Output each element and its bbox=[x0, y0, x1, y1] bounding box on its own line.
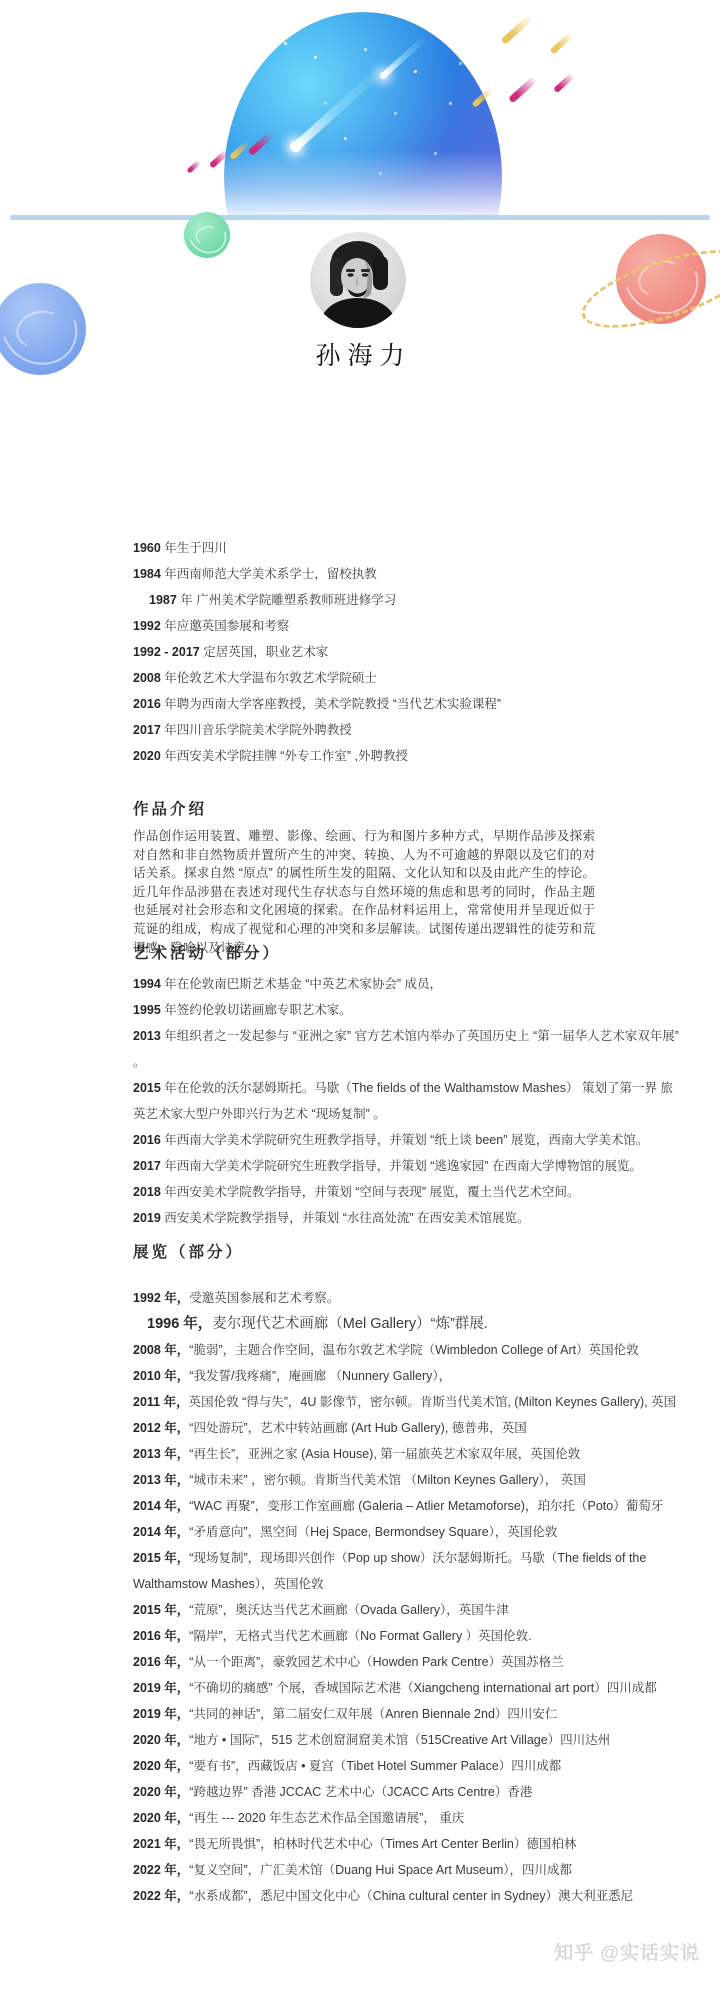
exhibition-item: 2008 年，“脆弱”，主题合作空间，温布尔敦艺术学院（Wimbledon Co… bbox=[133, 1337, 685, 1363]
timeline-item: 1987 年 广州美术学院雕塑系教师班进修学习 bbox=[133, 587, 685, 613]
works-paragraph: 作品创作运用装置、雕塑、影像、绘画、行为和图片多种方式，早期作品涉及探索对自然和… bbox=[133, 827, 595, 957]
activity-item: 1995 年签约伦敦切诺画廊专职艺术家。 bbox=[133, 997, 685, 1023]
exhibition-item: 2014 年，“WAC 再聚”，变形工作室画廊 (Galeria – Atlie… bbox=[133, 1493, 685, 1519]
timeline-item: 2020 年西安美术学院挂牌 “外专工作室” ,外聘教授 bbox=[133, 743, 685, 769]
exhibition-item: 2022 年，“水系成都”，悉尼中国文化中心（China cultural ce… bbox=[133, 1883, 685, 1909]
meteor-streak-icon bbox=[553, 73, 575, 94]
activity-item: 1994 年在伦敦南巴斯艺术基金 “中英艺术家协会” 成员， bbox=[133, 971, 685, 997]
exhibition-item: 2020 年，“要有书”，西藏饭店 • 夏宫（Tibet Hotel Summe… bbox=[133, 1753, 685, 1779]
timeline-item: 1984 年西南师范大学美术系学士，留校执教 bbox=[133, 561, 685, 587]
meteor-streak-icon bbox=[550, 31, 575, 54]
activities-list: 1994 年在伦敦南巴斯艺术基金 “中英艺术家协会” 成员，1995 年签约伦敦… bbox=[133, 971, 685, 1231]
exhibition-item: 2022 年，“复义空间”，广汇美术馆（Duang Hui Space Art … bbox=[133, 1857, 685, 1883]
artist-name: 孙海力 bbox=[0, 336, 720, 372]
exhibition-item: 1996 年，麦尔现代艺术画廊（Mel Gallery）“炼”群展. bbox=[133, 1311, 685, 1337]
timeline-item: 1992 年应邀英国参展和考察 bbox=[133, 613, 685, 639]
watermark: 知乎 @实话实说 bbox=[554, 1938, 700, 1965]
exhibition-item: 2015 年，“荒原”，奥沃达当代艺术画廊（Ovada Gallery），英国牛… bbox=[133, 1597, 685, 1623]
timeline-item: 2008 年伦敦艺术大学温布尔敦艺术学院硕士 bbox=[133, 665, 685, 691]
section-title-exhibitions: 展览（部分） bbox=[133, 1240, 244, 1262]
activity-item: 2013 年组织者之一发起参与 “亚洲之家” 官方艺术馆内举办了英国历史上 “第… bbox=[133, 1023, 685, 1075]
section-title-activities: 艺术活动（部分） bbox=[133, 941, 281, 963]
exhibition-item: 2016 年，“从一个距离”，豪敦园艺术中心（Howden Park Centr… bbox=[133, 1649, 685, 1675]
activity-item: 2018 年西安美术学院教学指导，并策划 “空间与表现” 展览，覆土当代艺术空间… bbox=[133, 1179, 685, 1205]
activity-item: 2016 年西南大学美术学院研究生班教学指导，并策划 “纸上谈 been” 展览… bbox=[133, 1127, 685, 1153]
exhibition-item: 2020 年，“再生 --- 2020 年生态艺术作品全国邀请展”， 重庆 bbox=[133, 1805, 685, 1831]
exhibition-item: 2016 年，“隔岸”，无格式当代艺术画廊（No Format Gallery … bbox=[133, 1623, 685, 1649]
meteor-streak-icon bbox=[186, 159, 201, 173]
exhibition-item: 2015 年，“现场复制”，现场即兴创作（Pop up show）沃尔瑟姆斯托。… bbox=[133, 1545, 685, 1597]
activity-item: 2019 西安美术学院教学指导，并策划 “水往高处流” 在西安美术馆展览。 bbox=[133, 1205, 685, 1231]
small-comet-head-icon bbox=[380, 72, 387, 79]
activity-item: 2015 年在伦敦的沃尔瑟姆斯托。马歇（The fields of the Wa… bbox=[133, 1075, 685, 1127]
exhibition-item: 2014 年，“矛盾意向”，黑空间（Hej Space, Bermondsey … bbox=[133, 1519, 685, 1545]
exhibitions-list: 1992 年，受邀英国参展和艺术考察。1996 年，麦尔现代艺术画廊（Mel G… bbox=[133, 1285, 685, 1909]
exhibition-item: 2013 年，“城市未来” ，密尔顿。肯斯当代美术馆 （Milton Keyne… bbox=[133, 1467, 685, 1493]
exhibition-item: 2013 年，“再生长”，亚洲之家 (Asia House), 第一届旅英艺术家… bbox=[133, 1441, 685, 1467]
timeline-item: 2016 年聘为西南大学客座教授，美术学院教授 “当代艺术实验课程” bbox=[133, 691, 685, 717]
small-comet-icon bbox=[382, 35, 428, 77]
comet-icon bbox=[293, 64, 387, 150]
avatar bbox=[310, 232, 406, 328]
meteor-streak-icon bbox=[508, 76, 538, 104]
activity-item: 2017 年西南大学美术学院研究生班教学指导，并策划 “逃逸家园” 在西南大学博… bbox=[133, 1153, 685, 1179]
exhibition-item: 2011 年，英国伦敦 “得与失”，4U 影像节，密尔顿。肯斯当代美术馆, (M… bbox=[133, 1389, 685, 1415]
exhibition-item: 1992 年，受邀英国参展和艺术考察。 bbox=[133, 1285, 685, 1311]
resume-page: 孙海力 1960 年生于四川1984 年西南师范大学美术系学士，留校执教1987… bbox=[0, 0, 720, 1990]
stars-icon bbox=[284, 42, 287, 45]
exhibition-item: 2020 年，“跨越边界” 香港 JCCAC 艺术中心（JCACC Arts C… bbox=[133, 1779, 685, 1805]
exhibition-item: 2020 年，“地方 • 国际”，515 艺术创窟洞窟美术馆（515Creati… bbox=[133, 1727, 685, 1753]
exhibition-item: 2019 年，“不确切的痛感” 个展，香城国际艺术港（Xiangcheng in… bbox=[133, 1675, 685, 1701]
exhibition-item: 2021 年，“畏无所畏惧”，柏林时代艺术中心（Times Art Center… bbox=[133, 1831, 685, 1857]
section-title-works: 作品介绍 bbox=[133, 797, 207, 819]
comet-head-icon bbox=[290, 141, 301, 152]
meteor-streak-icon bbox=[501, 14, 534, 45]
timeline-item: 2017 年四川音乐学院美术学院外聘教授 bbox=[133, 717, 685, 743]
exhibition-item: 2019 年，“共同的神话”，第二届安仁双年展（Anren Biennale 2… bbox=[133, 1701, 685, 1727]
timeline-item: 1992 - 2017 定居英国，职业艺术家 bbox=[133, 639, 685, 665]
header-illustration bbox=[0, 0, 720, 215]
green-planet-icon bbox=[184, 212, 230, 258]
exhibition-item: 2010 年，“我发誓/我疼痛”，庵画廊 （Nunnery Gallery）， bbox=[133, 1363, 685, 1389]
timeline-item: 1960 年生于四川 bbox=[133, 535, 685, 561]
divider-line bbox=[10, 215, 710, 220]
exhibition-item: 2012 年，“四处游玩”，艺术中转站画廊 (Art Hub Gallery),… bbox=[133, 1415, 685, 1441]
timeline-list: 1960 年生于四川1984 年西南师范大学美术系学士，留校执教1987 年 广… bbox=[133, 535, 685, 769]
